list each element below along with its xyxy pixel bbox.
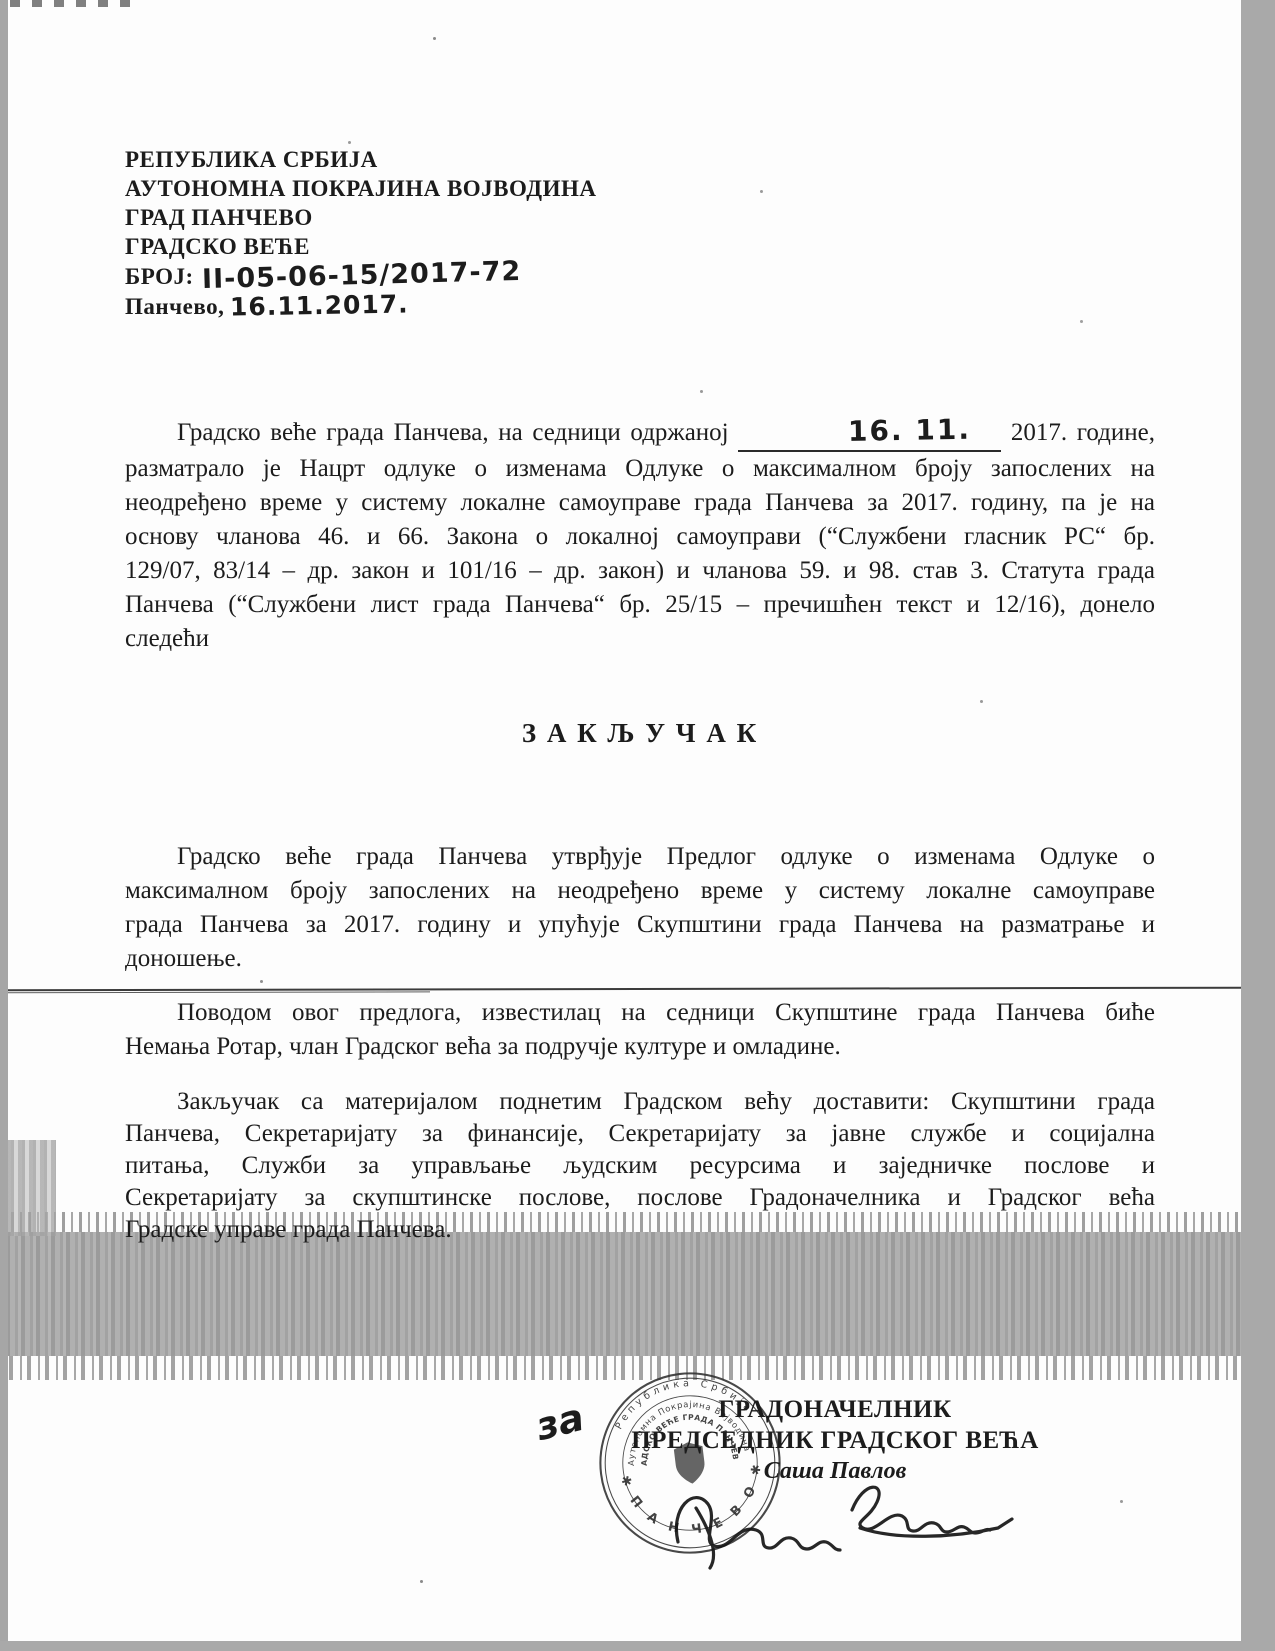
- text-line: Градске управе града Панчева.: [125, 1214, 1155, 1246]
- rapporteur-paragraph: Поводом овог предлога, известилац на сед…: [125, 996, 1155, 1064]
- intro-text-before-date: Градско веће града Панчева, на седници о…: [177, 419, 729, 446]
- signature-ink-right: [852, 1487, 990, 1533]
- conclusion-heading: З А К Љ У Ч А К: [125, 718, 1155, 749]
- text-line: разматрало је Нацрт одлуке о изменама Од…: [125, 452, 1155, 486]
- scanner-edge-bottom: [0, 1641, 1275, 1651]
- letterhead-council: ГРАДСКО ВЕЋЕ: [125, 232, 596, 261]
- text-line: питања, Служби за управљање људским ресу…: [125, 1150, 1155, 1182]
- text-line: Градско веће града Панчева утврђује Пред…: [125, 840, 1155, 874]
- scan-smudge-top-left: [10, 0, 142, 7]
- letterhead-province: АУТОНОМНА ПОКРАЈИНА ВОЈВОДИНА: [125, 174, 596, 203]
- document-number-label: БРОЈ:: [125, 264, 194, 289]
- text-line: основу чланова 46. и 66. Закона о локалн…: [125, 520, 1155, 554]
- text-line: Закључак са материјалом поднетим Градско…: [125, 1086, 1155, 1118]
- scanner-edge-left: [0, 0, 8, 1651]
- scan-noise-band-left: [0, 1140, 56, 1236]
- text-line: Панчева (“Службени лист града Панчева“ б…: [125, 588, 1155, 622]
- intro-lines: разматрало је Нацрт одлуке о изменама Од…: [125, 452, 1155, 656]
- text-line: Секретаријату за скупштинске послове, по…: [125, 1182, 1155, 1214]
- scan-noise-speckles: [433, 37, 436, 40]
- letterhead-city: ГРАД ПАНЧЕВО: [125, 203, 596, 232]
- intro-text-after-date: 2017. године,: [1011, 419, 1155, 446]
- signature-ink-left: [676, 1498, 840, 1550]
- distribution-paragraph: Закључак са материјалом поднетим Градско…: [125, 1086, 1155, 1246]
- letterhead: РЕПУБЛИКА СРБИЈА АУТОНОМНА ПОКРАЈИНА ВОЈ…: [125, 145, 596, 321]
- handwritten-signatures: [520, 1390, 1040, 1570]
- intro-paragraph: Градско веће града Панчева, на седници о…: [125, 416, 1155, 656]
- text-line: максималном броју запослених на неодређе…: [125, 874, 1155, 908]
- place-date-row: Панчево,16.11.2017.: [125, 291, 596, 321]
- header-date-handwritten: 16.11.2017.: [230, 289, 409, 321]
- document-number-handwritten: II-05-06-15/2017-72: [201, 257, 521, 294]
- letterhead-republic: РЕПУБЛИКА СРБИЈА: [125, 145, 596, 174]
- scan-noise-band: [0, 1232, 1241, 1356]
- text-line: Немања Ротар, члан Градског већа за подр…: [125, 1030, 1155, 1064]
- text-line: Поводом овог предлога, известилац на сед…: [125, 996, 1155, 1030]
- text-line: следећи: [125, 622, 1155, 656]
- session-date-blank: 16. 11.: [738, 416, 1001, 452]
- text-line: неодређено време у систему локалне самоу…: [125, 486, 1155, 520]
- intro-line-1: Градско веће града Панчева, на седници о…: [125, 416, 1155, 452]
- text-line: доношење.: [125, 942, 1155, 976]
- place-label: Панчево,: [125, 294, 224, 319]
- scanner-edge-right: [1241, 0, 1275, 1651]
- text-line: Панчева, Секретаријату за финансије, Сек…: [125, 1118, 1155, 1150]
- document-number-row: БРОЈ:II-05-06-15/2017-72: [125, 261, 596, 291]
- text-line: 129/07, 83/14 – др. закон и 101/16 – др.…: [125, 554, 1155, 588]
- text-line: града Панчева за 2017. годину и упућује …: [125, 908, 1155, 942]
- conclusion-paragraph-1: Градско веће града Панчева утврђује Пред…: [125, 840, 1155, 976]
- session-date-handwritten: 16. 11.: [790, 414, 1001, 448]
